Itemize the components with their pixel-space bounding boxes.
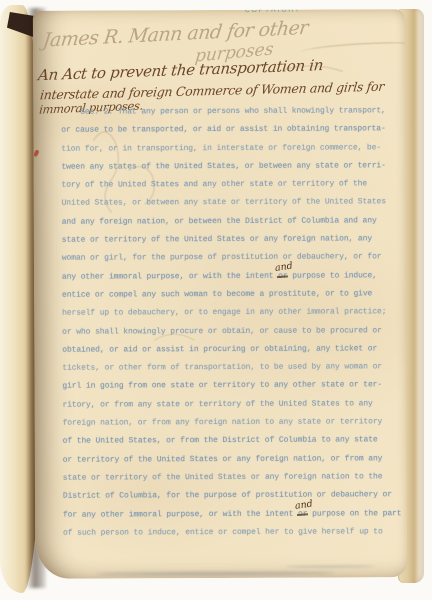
typed-line: tickets, or other form of transportation…: [62, 362, 402, 382]
typed-line: tween any states of the United States, o…: [61, 161, 401, 181]
copyist-stamp: Copyright: [245, 9, 301, 14]
handwritten-insertion: and: [274, 260, 293, 273]
manuscript-page: Copyright James R. Mann and for other pu…: [33, 9, 407, 579]
typed-line: or who shall knowingly procure or obtain…: [62, 326, 402, 346]
typed-line: of the United States, or from the Distri…: [63, 436, 403, 456]
typed-line: or cause to be transported, or aid or as…: [61, 125, 401, 145]
typed-line: District of Columbia, for the purpose of…: [63, 490, 403, 510]
next-page-ghost-text: [285, 565, 375, 567]
typed-line: or territory of the United States or any…: [63, 454, 403, 474]
typed-line: tion for, or in transporting, in interst…: [61, 143, 401, 163]
typed-line: state or territory of the United States …: [63, 472, 403, 492]
typed-line: United States, or between any state or t…: [62, 198, 402, 218]
next-page-ghost-text: [95, 571, 335, 575]
typed-line: girl in going from one state or territor…: [62, 381, 402, 401]
typed-line: of such person to induce, entice or comp…: [63, 527, 403, 547]
typed-line: entice or compel any such woman to becom…: [62, 289, 402, 309]
pencil-stroke: [301, 40, 408, 58]
typed-line: and any foreign nation, or between the D…: [62, 216, 402, 236]
handwritten-title-line1: An Act to prevent the transportation in: [37, 56, 324, 84]
typed-line: foreign nation, or from any foreign nati…: [63, 417, 403, 437]
handwritten-insertion: and: [294, 498, 313, 511]
typed-line: for any other immoral purpose, or with t…: [63, 509, 403, 529]
typed-line: obtained, or aid or assist in procuring …: [62, 344, 402, 364]
typed-body: Sec. 2. That any person or persons who s…: [61, 106, 403, 547]
typed-line: ritory, or from any state or territory o…: [62, 399, 402, 419]
manuscript-photo: Copyright James R. Mann and for other pu…: [0, 0, 432, 600]
typed-line: Sec. 2. That any person or persons who s…: [61, 106, 401, 126]
typed-line: woman or girl, for the purpose of prosti…: [62, 253, 402, 273]
red-ink-fleck: [33, 149, 39, 157]
typed-line: tory of the United States and any other …: [62, 179, 402, 199]
typed-line: herself up to debauchery, or to engage i…: [62, 307, 402, 327]
typed-line: any other immoral purpose, or with the i…: [62, 271, 402, 291]
typed-line: state or territory of the United States …: [62, 234, 402, 254]
